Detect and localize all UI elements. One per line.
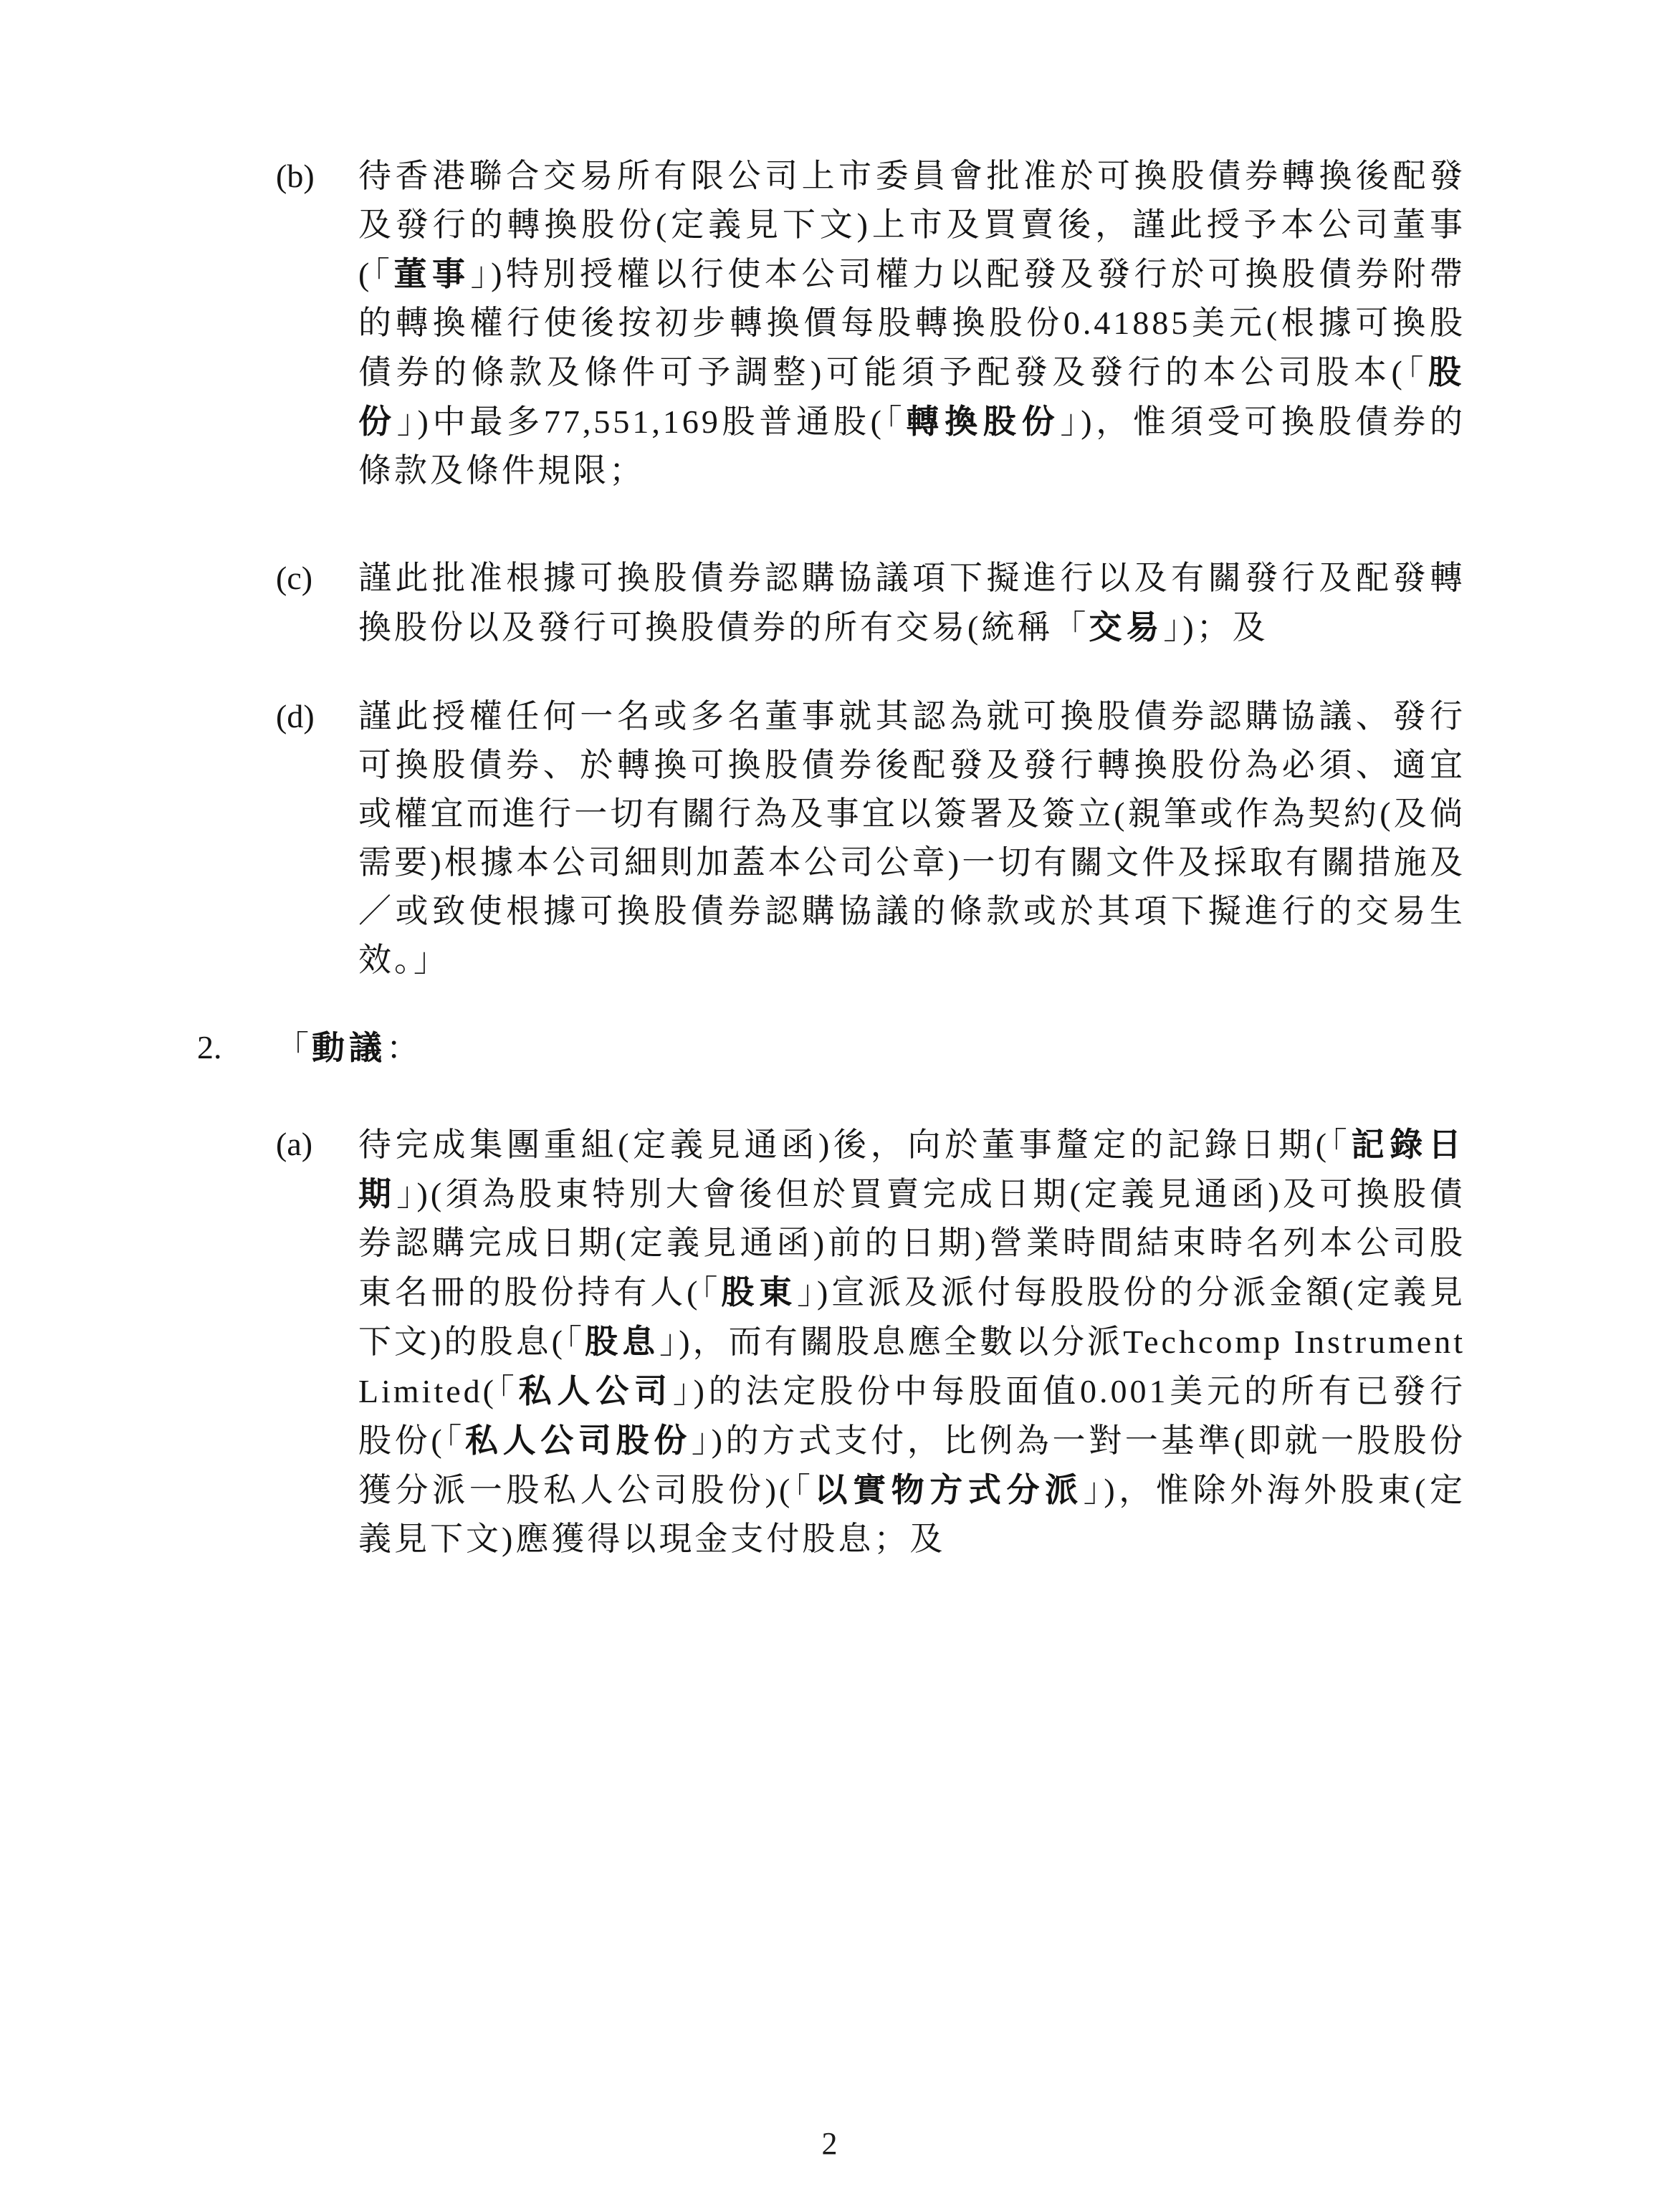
item-label-a: (a) xyxy=(276,1120,358,1564)
item-text-c: 謹此批准根據可換股債券認購協議項下擬進行以及有關發行及配發轉換股份以及發行可換股… xyxy=(358,554,1466,652)
item-label-d: (d) xyxy=(276,692,358,985)
item-text-d: 謹此授權任何一名或多名董事就其認為就可換股債券認購協議、發行可換股債券、於轉換可… xyxy=(358,692,1466,985)
item-text-b: 待香港聯合交易所有限公司上市委員會批准於可換股債券轉換後配發及發行的轉換股份(定… xyxy=(358,152,1466,495)
resolution-2-heading-row: 2. 「動議： xyxy=(197,1023,1466,1073)
resolution-2-heading: 「動議： xyxy=(276,1023,1466,1073)
item-label-b: (b) xyxy=(276,152,358,495)
item-label-c: (c) xyxy=(276,554,358,652)
resolution-item-b: (b) 待香港聯合交易所有限公司上市委員會批准於可換股債券轉換後配發及發行的轉換… xyxy=(276,152,1466,495)
resolution-item-c: (c) 謹此批准根據可換股債券認購協議項下擬進行以及有關發行及配發轉換股份以及發… xyxy=(276,554,1466,652)
resolution-2-number: 2. xyxy=(197,1023,276,1073)
resolution-item-d: (d) 謹此授權任何一名或多名董事就其認為就可換股債券認購協議、發行可換股債券、… xyxy=(276,692,1466,985)
resolutions-content: (b) 待香港聯合交易所有限公司上市委員會批准於可換股債券轉換後配發及發行的轉換… xyxy=(197,152,1466,1564)
item-text-a: 待完成集團重組(定義見通函)後，向於董事釐定的記錄日期(「記錄日期」)(須為股東… xyxy=(358,1120,1466,1564)
page-number: 2 xyxy=(0,2125,1659,2162)
document-page: (b) 待香港聯合交易所有限公司上市委員會批准於可換股債券轉換後配發及發行的轉換… xyxy=(0,0,1659,2212)
resolution-item-a: (a) 待完成集團重組(定義見通函)後，向於董事釐定的記錄日期(「記錄日期」)(… xyxy=(276,1120,1466,1564)
